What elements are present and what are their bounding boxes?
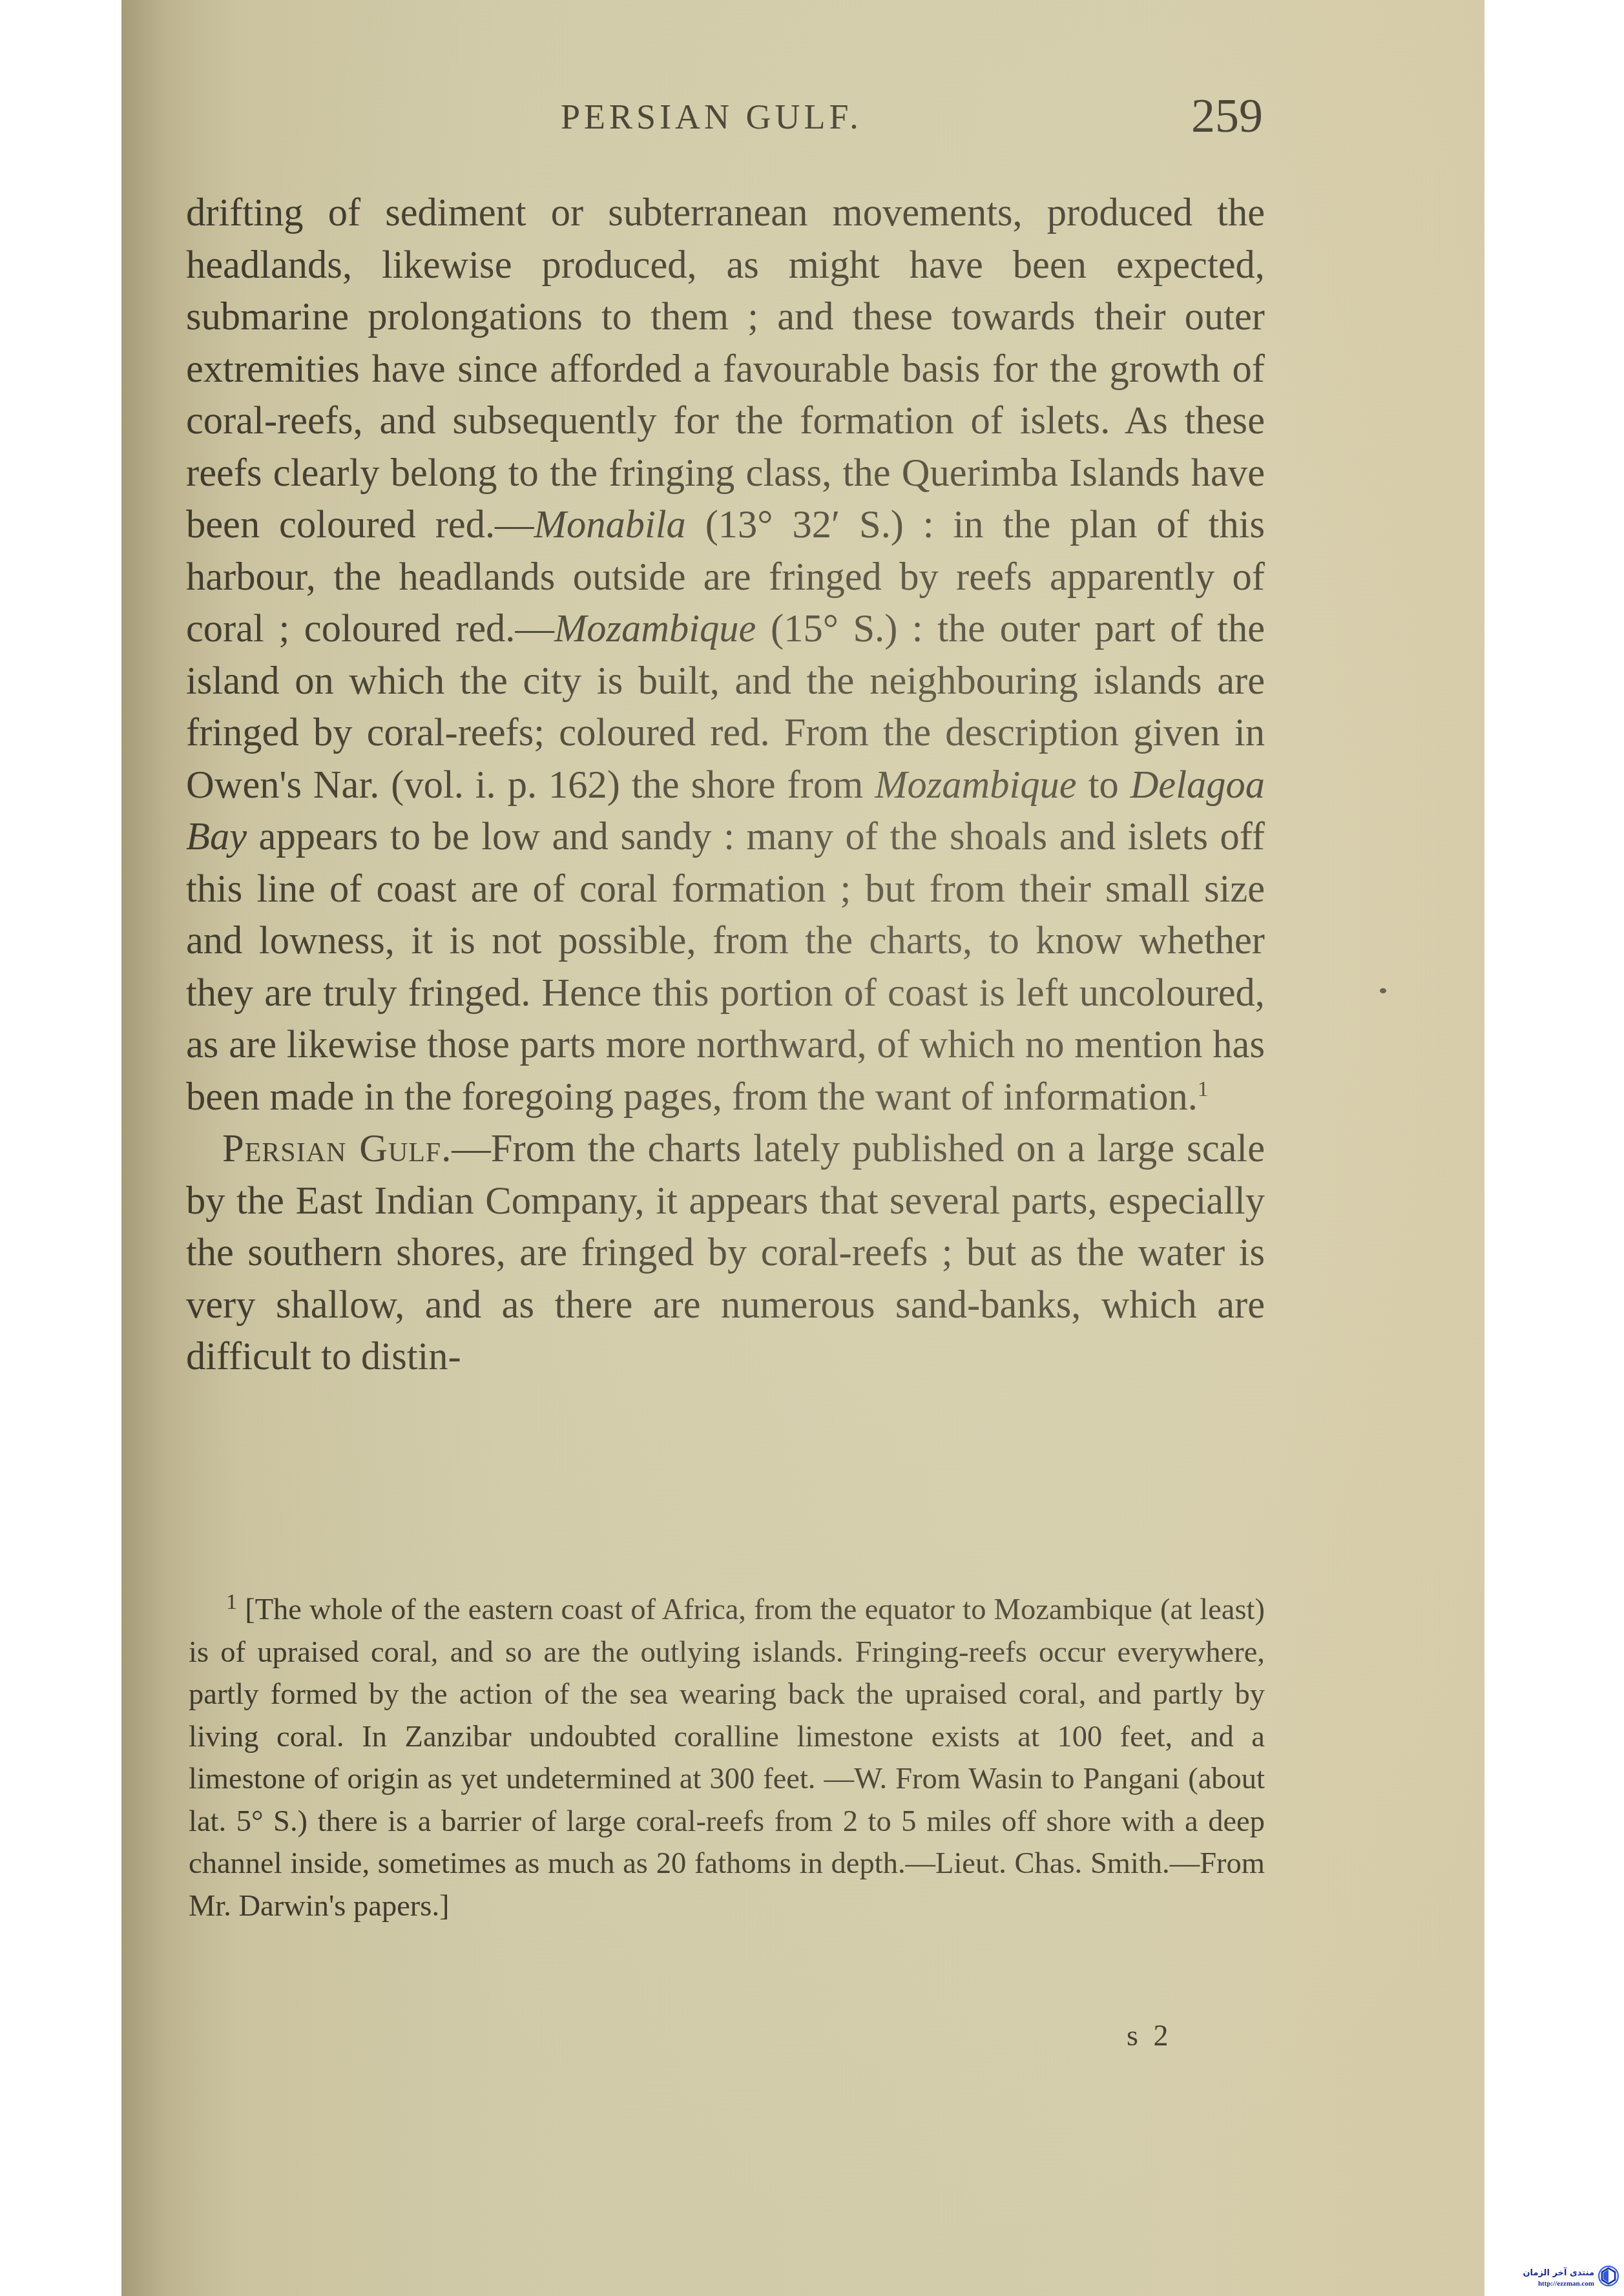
page-number: 259 (1191, 89, 1263, 144)
hexagon-logo-icon (1598, 2265, 1619, 2287)
footnote: 1 [The whole of the eastern coast of Afr… (189, 1589, 1265, 1927)
place-mozambique-2: Mozambique (875, 763, 1077, 807)
place-monabila: Monabila (534, 503, 686, 546)
footnote-text: [The whole of the eastern coast of Afric… (189, 1593, 1265, 1923)
running-head: PERSIAN GULF. (561, 97, 862, 137)
footnote-reference[interactable]: 1 (1198, 1077, 1209, 1101)
watermark-url: http://ezzman.com (1538, 2280, 1594, 2288)
signature-mark: s 2 (1127, 2018, 1172, 2053)
footnote-marker: 1 (226, 1590, 237, 1614)
watermark: منتدى آخر الزمان http://ezzman.com (1486, 2260, 1624, 2296)
paragraph-persian-gulf: Persian Gulf.—From the charts lately pub… (186, 1123, 1265, 1383)
body-text: drifting of sediment or subterranean mov… (186, 187, 1265, 1383)
book-page: PERSIAN GULF. 259 drifting of sediment o… (121, 0, 1484, 2296)
paragraph-east-africa: drifting of sediment or subterranean mov… (186, 187, 1265, 1123)
section-heading-persian-gulf: Persian Gulf. (222, 1127, 452, 1170)
place-mozambique: Mozambique (554, 607, 756, 650)
watermark-arabic-text: منتدى آخر الزمان (1523, 2268, 1595, 2278)
ink-speck (1380, 988, 1386, 993)
page-header: PERSIAN GULF. 259 (121, 89, 1484, 147)
